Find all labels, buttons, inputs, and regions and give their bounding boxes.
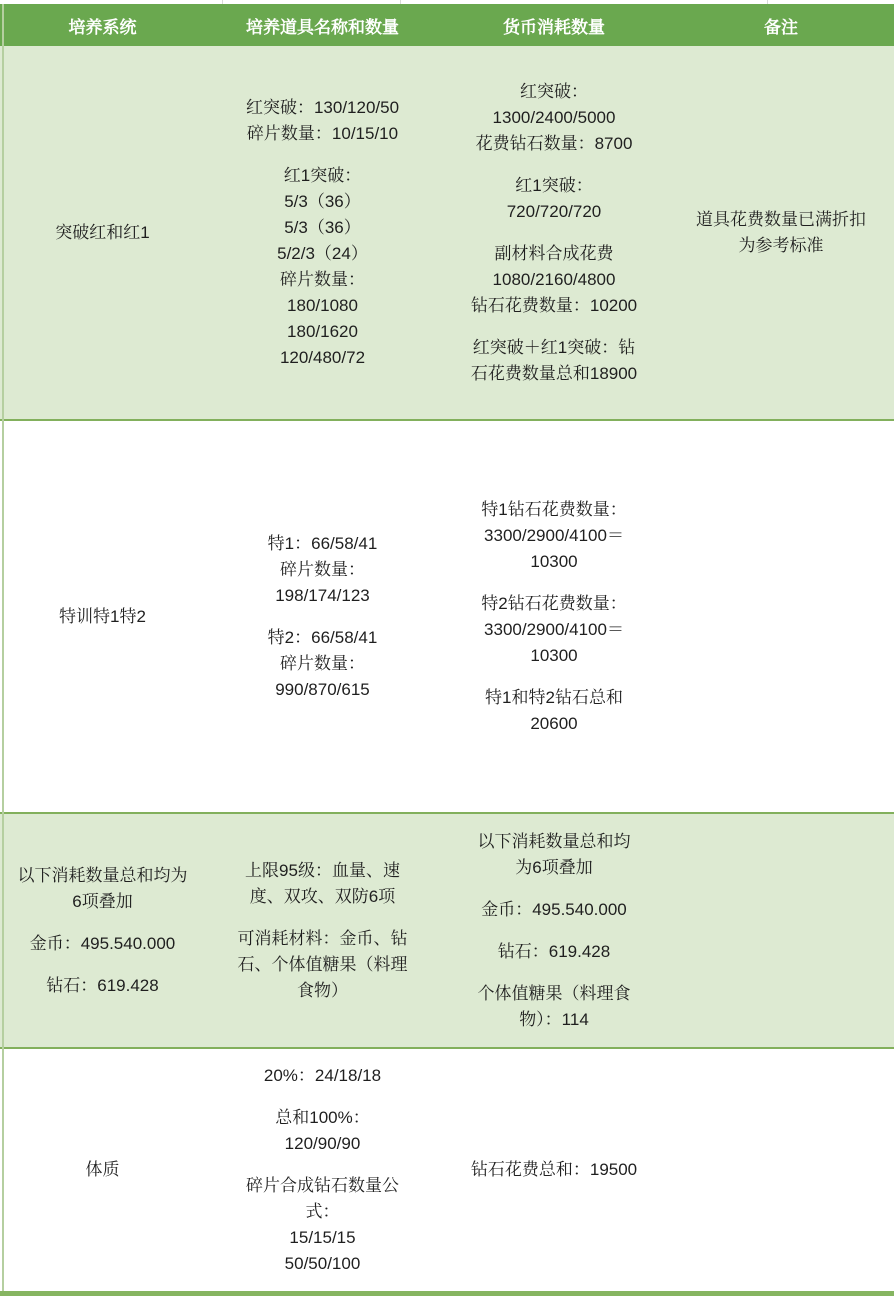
cell-notes[interactable] bbox=[668, 814, 894, 1047]
cell-notes[interactable]: 道具花费数量已满折扣为参考标准 bbox=[668, 46, 894, 419]
table-row-level-cap: 以下消耗数量总和均为6项叠加金币：495.540.000钻石：619.428 上… bbox=[0, 812, 894, 1047]
cell-currency[interactable]: 钻石花费总和：19500 bbox=[440, 1049, 668, 1291]
cell-system[interactable]: 突破红和红1 bbox=[0, 46, 205, 419]
cell-items[interactable]: 特1：66/58/41碎片数量：198/174/123特2：66/58/41碎片… bbox=[205, 421, 440, 812]
spreadsheet-gridline bbox=[222, 0, 223, 4]
cell-currency[interactable]: 特1钻石花费数量：3300/2900/4100＝10300特2钻石花费数量：33… bbox=[440, 421, 668, 812]
spreadsheet-gridline bbox=[400, 0, 401, 4]
header-system: 培养系统 bbox=[0, 4, 205, 46]
table-row-special-training: 特训特1特2 特1：66/58/41碎片数量：198/174/123特2：66/… bbox=[0, 419, 894, 812]
spreadsheet-top-strip bbox=[0, 0, 894, 4]
table-row-constitution: 体质 20%：24/18/18总和100%：120/90/90碎片合成钻石数量公… bbox=[0, 1047, 894, 1291]
spreadsheet-gridline bbox=[767, 0, 768, 4]
cell-currency[interactable]: 以下消耗数量总和均为6项叠加金币：495.540.000钻石：619.428个体… bbox=[440, 814, 668, 1047]
cell-items[interactable]: 红突破：130/120/50碎片数量：10/15/10红1突破：5/3（36）5… bbox=[205, 46, 440, 419]
header-notes: 备注 bbox=[668, 4, 894, 46]
cell-items[interactable]: 上限95级：血量、速度、双攻、双防6项可消耗材料：金币、钻石、个体值糖果（料理食… bbox=[205, 814, 440, 1047]
cell-system[interactable]: 以下消耗数量总和均为6项叠加金币：495.540.000钻石：619.428 bbox=[0, 814, 205, 1047]
cell-items[interactable]: 20%：24/18/18总和100%：120/90/90碎片合成钻石数量公式：1… bbox=[205, 1049, 440, 1291]
cell-notes[interactable] bbox=[668, 421, 894, 812]
cell-system[interactable]: 特训特1特2 bbox=[0, 421, 205, 812]
cell-currency[interactable]: 红突破：1300/2400/5000花费钻石数量：8700红1突破：720/72… bbox=[440, 46, 668, 419]
table-left-border bbox=[2, 4, 4, 1291]
table-row-breakthrough: 突破红和红1 红突破：130/120/50碎片数量：10/15/10红1突破：5… bbox=[0, 46, 894, 419]
cost-table: 培养系统 培养道具名称和数量 货币消耗数量 备注 突破红和红1 红突破：130/… bbox=[0, 4, 894, 1291]
next-row-top-edge bbox=[0, 1291, 894, 1296]
table-header-row: 培养系统 培养道具名称和数量 货币消耗数量 备注 bbox=[0, 4, 894, 46]
header-items: 培养道具名称和数量 bbox=[205, 4, 440, 46]
cell-notes[interactable] bbox=[668, 1049, 894, 1291]
header-currency: 货币消耗数量 bbox=[440, 4, 668, 46]
cell-system[interactable]: 体质 bbox=[0, 1049, 205, 1291]
